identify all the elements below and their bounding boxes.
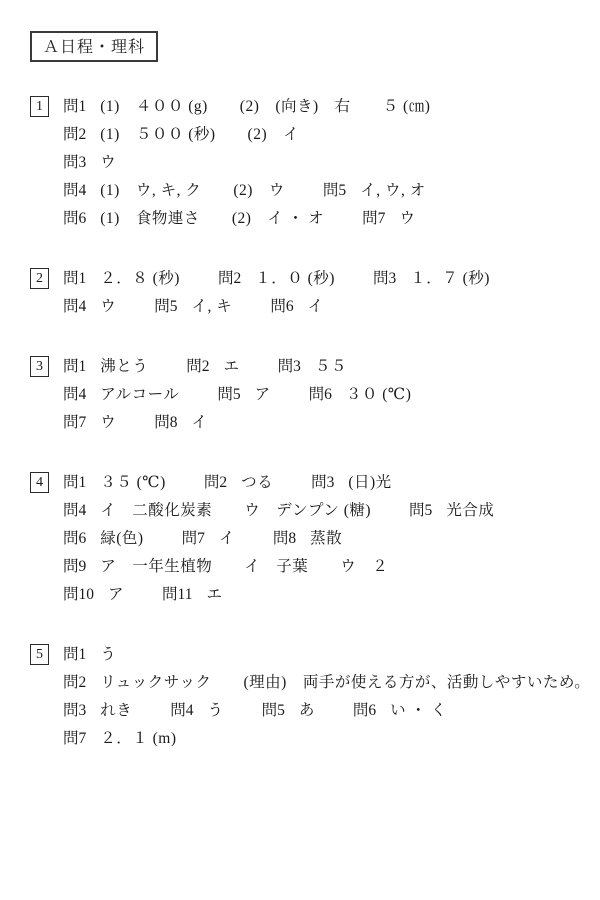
qa-pair: 問8イ [154,414,207,431]
answer-line: 問6(1) 食物連さ (2) イ ・ オ問7ウ [63,205,430,233]
qa-pair: 問6緑(色) [63,530,144,547]
qa-pair: 問3れき [63,702,132,719]
answer-text: あ [299,702,315,719]
qa-pair: 問7２．１ (m) [63,730,177,747]
qa-pair: 問9ア 一年生植物 イ 子葉 ウ ２ [63,558,388,575]
answer-text: エ [206,586,222,603]
qa-pair: 問5イ, キ [154,298,232,315]
answer-text: イ, ウ, オ [360,182,426,199]
qa-pair: 問5あ [262,702,315,719]
question-label: 問3 [311,474,334,491]
question-label: 問4 [170,702,193,719]
qa-pair: 問4(1) ウ, キ, ク (2) ウ [63,182,285,199]
answer-text: ア 一年生植物 イ 子葉 ウ ２ [100,558,388,575]
question-label: 問5 [217,386,240,403]
answer-text: 緑(色) [100,530,143,547]
answer-section: 4 問1３５ (℃)問2つる問3(日)光問4イ 二酸化炭素 ウ デンプン (糖)… [30,469,584,609]
question-label: 問3 [63,154,86,171]
answer-text: ウ [100,298,116,315]
answer-text: ５５ [315,358,347,375]
section-number-box: 2 [30,268,49,289]
qa-pair: 問4イ 二酸化炭素 ウ デンプン (糖) [63,502,371,519]
answer-text: い ・ く [390,702,447,719]
answer-text: 光合成 [446,502,494,519]
question-label: 問7 [182,530,205,547]
answer-line: 問4イ 二酸化炭素 ウ デンプン (糖)問5光合成 [63,497,494,525]
answer-text: １．７ (秒) [410,270,490,287]
answer-line: 問9ア 一年生植物 イ 子葉 ウ ２ [63,553,494,581]
answer-text: リュックサック (理由) 両手が使える方が、活動しやすいため。 [100,674,590,691]
section-number-box: 5 [30,644,49,665]
question-label: 問1 [63,474,86,491]
question-label: 問5 [323,182,346,199]
answer-text: (1) 食物連さ (2) イ ・ オ [100,210,324,227]
qa-pair: 問6い ・ く [353,702,447,719]
qa-pair: 問4う [170,702,223,719]
qa-pair: 問2つる [204,474,273,491]
qa-pair: 問1う [63,646,116,663]
answer-text: う [208,702,224,719]
answer-line: 問3ウ [63,149,430,177]
answer-section: 3 問1沸とう問2エ問3５５問4アルコール問5ア問6３０ (℃)問7ウ問8イ [30,353,584,437]
answer-text: 沸とう [100,358,148,375]
answer-line: 問6緑(色)問7イ問8蒸散 [63,525,494,553]
answer-text: イ [308,298,324,315]
question-label: 問2 [63,126,86,143]
question-label: 問10 [63,586,94,603]
answer-text: れき [100,702,132,719]
answer-text: ３５ (℃) [100,474,166,491]
answer-line: 問4アルコール問5ア問6３０ (℃) [63,381,411,409]
qa-pair: 問2(1) ５００ (秒) (2) イ [63,126,299,143]
section-lines: 問1沸とう問2エ問3５５問4アルコール問5ア問6３０ (℃)問7ウ問8イ [63,353,411,437]
answer-text: ウ [100,414,116,431]
answer-line: 問2(1) ５００ (秒) (2) イ [63,121,430,149]
qa-pair: 問2リュックサック (理由) 両手が使える方が、活動しやすいため。 [63,674,590,691]
question-label: 問1 [63,646,86,663]
section-lines: 問1う問2リュックサック (理由) 両手が使える方が、活動しやすいため。問3れき… [63,641,590,753]
qa-pair: 問1３５ (℃) [63,474,166,491]
qa-pair: 問10ア [63,586,124,603]
question-label: 問3 [278,358,301,375]
qa-pair: 問6イ [270,298,323,315]
section-number: 2 [36,271,43,286]
exam-title: Ａ日程・理科 [43,39,145,56]
exam-title-box: Ａ日程・理科 [30,31,158,62]
answer-line: 問4(1) ウ, キ, ク (2) ウ問5イ, ウ, オ [63,177,430,205]
question-label: 問2 [218,270,241,287]
qa-pair: 問1沸とう [63,358,148,375]
answer-line: 問1う [63,641,590,669]
answer-text: １．０ (秒) [255,270,335,287]
question-label: 問7 [362,210,385,227]
question-label: 問7 [63,414,86,431]
question-label: 問2 [186,358,209,375]
qa-pair: 問4ウ [63,298,116,315]
answer-text: イ 二酸化炭素 ウ デンプン (糖) [100,502,371,519]
answer-sheet-page: Ａ日程・理科 1 問1(1) ４００ (g) (2) (向き) 右 ５ (㎝)問… [0,0,600,900]
answer-line: 問3れき問4う問5あ問6い ・ く [63,697,590,725]
question-label: 問9 [63,558,86,575]
question-label: 問6 [270,298,293,315]
section-number: 3 [36,359,43,374]
question-label: 問8 [154,414,177,431]
answer-text: エ [224,358,240,375]
question-label: 問7 [63,730,86,747]
question-label: 問1 [63,98,86,115]
qa-pair: 問5光合成 [409,502,494,519]
question-label: 問4 [63,298,86,315]
answer-text: う [100,646,116,663]
section-number-box: 4 [30,472,49,493]
question-label: 問1 [63,358,86,375]
section-lines: 問1３５ (℃)問2つる問3(日)光問4イ 二酸化炭素 ウ デンプン (糖)問5… [63,469,494,609]
answer-text: イ [192,414,208,431]
question-label: 問3 [373,270,396,287]
answer-text: ア [255,386,271,403]
answer-text: (1) ４００ (g) (2) (向き) 右 ５ (㎝) [100,98,430,115]
answer-line: 問1沸とう問2エ問3５５ [63,353,411,381]
question-label: 問1 [63,270,86,287]
answer-line: 問1３５ (℃)問2つる問3(日)光 [63,469,494,497]
section-number: 1 [36,99,43,114]
question-label: 問2 [204,474,227,491]
answer-text: (日)光 [348,474,391,491]
qa-pair: 問11エ [162,586,222,603]
answer-text: つる [241,474,273,491]
answer-text: ２．８ (秒) [100,270,180,287]
qa-pair: 問2１．０ (秒) [218,270,335,287]
answer-text: イ [219,530,235,547]
question-label: 問8 [273,530,296,547]
answer-line: 問7ウ問8イ [63,409,411,437]
section-lines: 問1２．８ (秒)問2１．０ (秒)問3１．７ (秒)問4ウ問5イ, キ問6イ [63,265,490,321]
question-label: 問11 [162,586,192,603]
question-label: 問6 [353,702,376,719]
question-label: 問5 [154,298,177,315]
question-label: 問6 [63,530,86,547]
question-label: 問6 [309,386,332,403]
qa-pair: 問6３０ (℃) [309,386,412,403]
answer-text: ア [108,586,124,603]
qa-pair: 問4アルコール [63,386,179,403]
answer-text: ３０ (℃) [346,386,412,403]
qa-pair: 問1２．８ (秒) [63,270,180,287]
qa-pair: 問1(1) ４００ (g) (2) (向き) 右 ５ (㎝) [63,98,430,115]
answer-text: (1) ウ, キ, ク (2) ウ [100,182,285,199]
answer-line: 問2リュックサック (理由) 両手が使える方が、活動しやすいため。 [63,669,590,697]
question-label: 問5 [262,702,285,719]
qa-pair: 問3ウ [63,154,116,171]
question-label: 問3 [63,702,86,719]
answer-section: 1 問1(1) ４００ (g) (2) (向き) 右 ５ (㎝)問2(1) ５０… [30,93,584,233]
qa-pair: 問8蒸散 [273,530,342,547]
answer-text: ウ [100,154,116,171]
question-label: 問4 [63,502,86,519]
question-label: 問2 [63,674,86,691]
answer-line: 問4ウ問5イ, キ問6イ [63,293,490,321]
section-lines: 問1(1) ４００ (g) (2) (向き) 右 ５ (㎝)問2(1) ５００ … [63,93,430,233]
answer-line: 問1(1) ４００ (g) (2) (向き) 右 ５ (㎝) [63,93,430,121]
answer-section: 5 問1う問2リュックサック (理由) 両手が使える方が、活動しやすいため。問3… [30,641,584,753]
answer-section: 2 問1２．８ (秒)問2１．０ (秒)問3１．７ (秒)問4ウ問5イ, キ問6… [30,265,584,321]
section-number-box: 1 [30,96,49,117]
answer-text: 蒸散 [310,530,342,547]
qa-pair: 問7ウ [362,210,415,227]
answer-sections: 1 問1(1) ４００ (g) (2) (向き) 右 ５ (㎝)問2(1) ５０… [30,93,584,753]
answer-text: (1) ５００ (秒) (2) イ [100,126,299,143]
section-number-box: 3 [30,356,49,377]
answer-text: ２．１ (m) [100,730,176,747]
question-label: 問5 [409,502,432,519]
section-number: 5 [36,647,43,662]
qa-pair: 問5イ, ウ, オ [323,182,426,199]
qa-pair: 問3１．７ (秒) [373,270,490,287]
answer-text: アルコール [100,386,179,403]
question-label: 問4 [63,182,86,199]
answer-line: 問7２．１ (m) [63,725,590,753]
qa-pair: 問6(1) 食物連さ (2) イ ・ オ [63,210,324,227]
section-number: 4 [36,475,43,490]
qa-pair: 問3５５ [278,358,347,375]
qa-pair: 問7ウ [63,414,116,431]
answer-text: イ, キ [192,298,233,315]
question-label: 問6 [63,210,86,227]
qa-pair: 問5ア [217,386,270,403]
question-label: 問4 [63,386,86,403]
answer-line: 問1２．８ (秒)問2１．０ (秒)問3１．７ (秒) [63,265,490,293]
answer-text: ウ [399,210,415,227]
qa-pair: 問3(日)光 [311,474,392,491]
qa-pair: 問7イ [182,530,235,547]
qa-pair: 問2エ [186,358,239,375]
answer-line: 問10ア問11エ [63,581,494,609]
